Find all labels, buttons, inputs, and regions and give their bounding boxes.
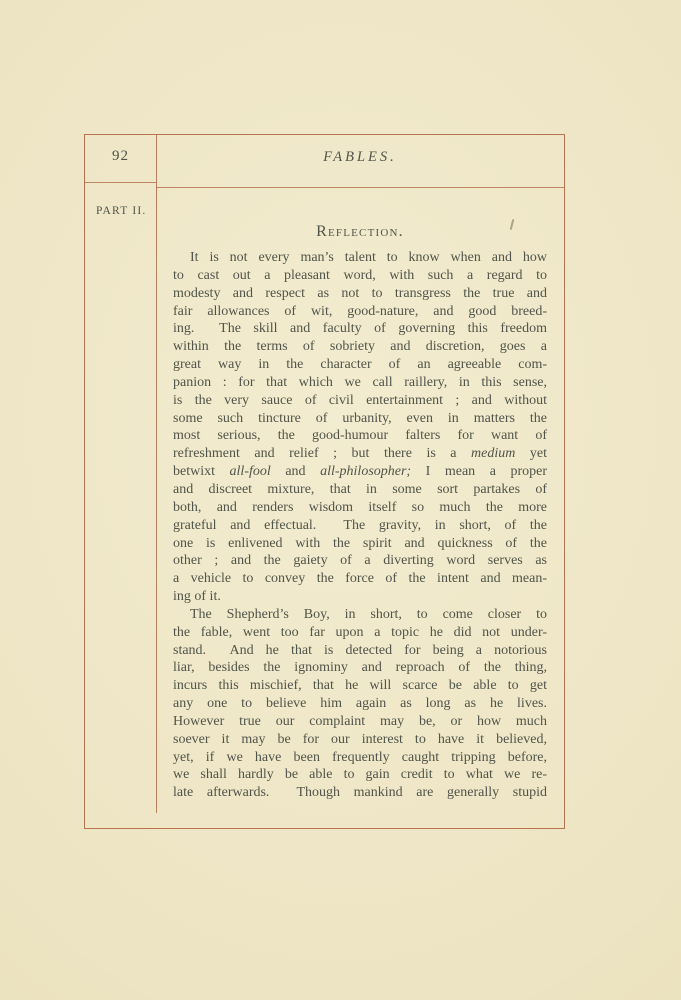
text-line: incurs this mischief, that he will scarc… — [173, 677, 547, 695]
text-line: yet, if we have been frequently caught t… — [173, 749, 547, 767]
text-line: most serious, the good-humour falters fo… — [173, 427, 547, 445]
text-line: both, and renders wisdom itself so much … — [173, 499, 547, 517]
page-number: 92 — [85, 148, 156, 165]
text-line: stand. And he that is detected for being… — [173, 642, 547, 660]
text-line: grateful and effectual. The gravity, in … — [173, 517, 547, 535]
text-line: to cast out a pleasant word, with such a… — [173, 267, 547, 285]
text-line: ing. The skill and faculty of governing … — [173, 320, 547, 338]
text-line: It is not every man’s talent to know whe… — [173, 249, 547, 267]
margin-divider-rule — [156, 135, 157, 813]
text-line: The Shepherd’s Boy, in short, to come cl… — [173, 606, 547, 624]
text-line: refreshment and relief ; but there is a … — [173, 445, 547, 463]
text-line: late afterwards. Though mankind are gene… — [173, 784, 547, 802]
text-line: any one to believe him again as long as … — [173, 695, 547, 713]
part-label: PART II. — [96, 205, 146, 217]
text-line: fair allowances of wit, good-nature, and… — [173, 303, 547, 321]
margin-header-rule — [85, 182, 156, 183]
page-frame: 92 FABLES. PART II. Reflection. It is no… — [84, 134, 565, 829]
text-line: ing of it. — [173, 588, 547, 606]
book-page: 92 FABLES. PART II. Reflection. It is no… — [0, 0, 681, 1000]
text-line: the fable, went too far upon a topic he … — [173, 624, 547, 642]
text-line: soever it may be for our interest to hav… — [173, 731, 547, 749]
text-line: great way in the character of an agreeab… — [173, 356, 547, 374]
text-line: However true our complaint may be, or ho… — [173, 713, 547, 731]
section-heading: Reflection. — [173, 223, 547, 241]
text-line: betwixt all-fool and all-philosopher; I … — [173, 463, 547, 481]
text-line: some such tincture of urbanity, even in … — [173, 410, 547, 428]
text-line: other ; and the gaiety of a diverting wo… — [173, 552, 547, 570]
text-line: is the very sauce of civil entertainment… — [173, 392, 547, 410]
scanned-book-page: { "page": { "folio": "92", "running_titl… — [0, 0, 681, 1000]
text-line: within the terms of sobriety and discret… — [173, 338, 547, 356]
running-title: FABLES. — [156, 149, 564, 166]
header-rule — [156, 187, 564, 188]
body-text: It is not every man’s talent to know whe… — [173, 249, 547, 802]
text-line: liar, besides the ignominy and reproach … — [173, 659, 547, 677]
text-line: and discreet mixture, that in some sort … — [173, 481, 547, 499]
text-line: we shall hardly be able to gain credit t… — [173, 766, 547, 784]
text-line: panion : for that which we call raillery… — [173, 374, 547, 392]
text-line: one is enlivened with the spirit and qui… — [173, 535, 547, 553]
text-line: modesty and respect as not to transgress… — [173, 285, 547, 303]
paragraph: The Shepherd’s Boy, in short, to come cl… — [173, 606, 547, 802]
paragraph: It is not every man’s talent to know whe… — [173, 249, 547, 606]
text-line: a vehicle to convey the force of the int… — [173, 570, 547, 588]
